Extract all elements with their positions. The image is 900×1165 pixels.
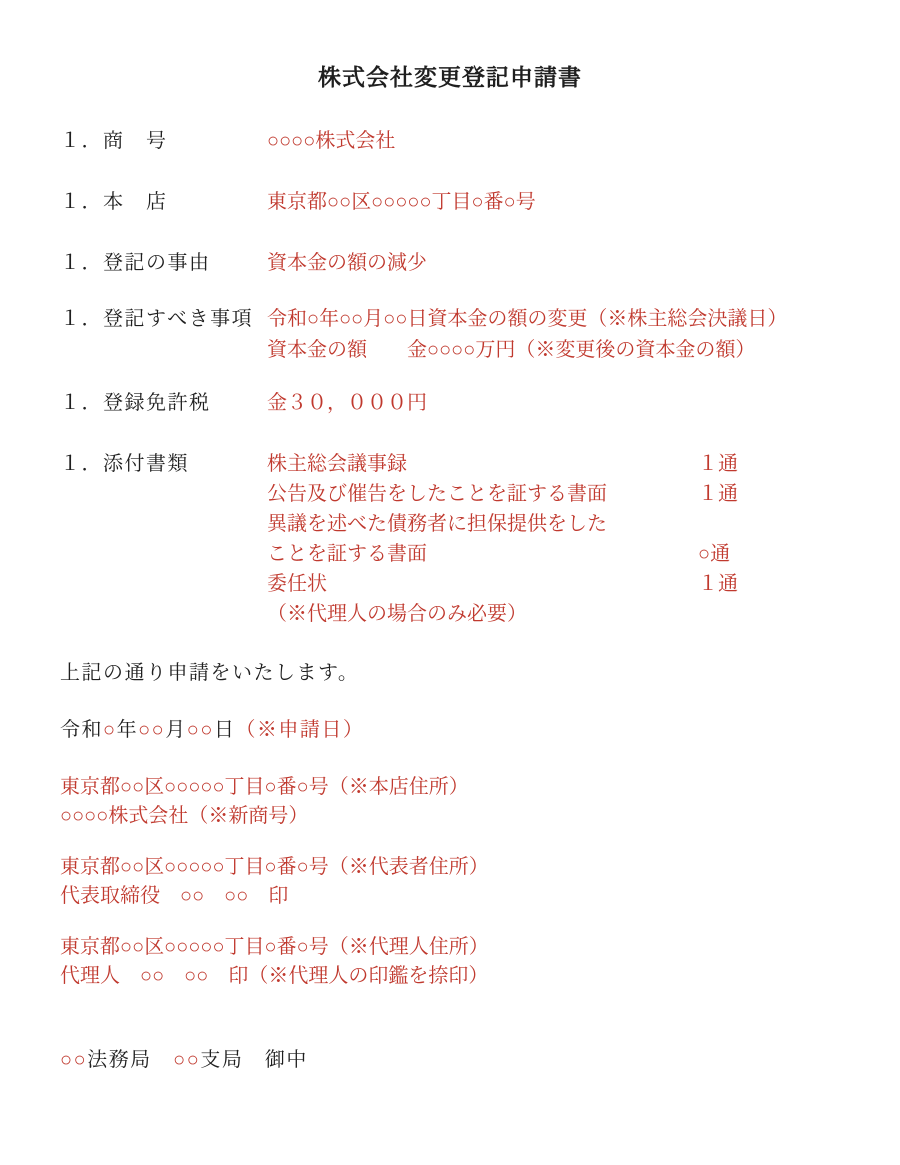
date-month-placeholder: ○○ (138, 719, 165, 741)
field-value: 東京都○○区○○○○○丁目○番○号 (267, 190, 536, 214)
field-row-attachments: １．添付書類 株主総会議事録 １通 公告及び催告をしたことを証する書面 １通 異… (60, 449, 738, 629)
attachment-name: ことを証する書面 (267, 539, 698, 569)
field-row-registration-reason: １．登記の事由 資本金の額の減少 (60, 251, 427, 275)
signature-block-head-office: 東京都○○区○○○○○丁目○番○号（※本店住所） ○○○○株式会社（※新商号） (60, 773, 469, 831)
signature-address-line: 東京都○○区○○○○○丁目○番○号（※本店住所） (60, 773, 469, 802)
date-era: 令和 (60, 719, 103, 741)
field-label: １．商 号 (60, 129, 267, 153)
attachment-item: 異議を述べた債務者に担保提供をした (267, 509, 738, 539)
closing-statement: 上記の通り申請をいたします。 (60, 661, 359, 685)
field-value: ○○○○株式会社 (267, 129, 395, 153)
field-label: １．登記すべき事項 (60, 304, 267, 335)
application-date-line: 令和○年○○月○○日（※申請日） (60, 718, 364, 742)
field-row-head-office: １．本 店 東京都○○区○○○○○丁目○番○号 (60, 190, 536, 214)
attachment-name: （※代理人の場合のみ必要） (267, 599, 698, 629)
field-label: １．登録免許税 (60, 391, 267, 415)
attachment-item: ことを証する書面 ○通 (267, 539, 738, 569)
attachment-item: （※代理人の場合のみ必要） (267, 599, 738, 629)
date-day-suffix: 日 (214, 719, 236, 741)
field-label: １．添付書類 (60, 449, 267, 479)
attachment-name: 委任状 (267, 569, 698, 599)
attachment-name: 異議を述べた債務者に担保提供をした (267, 509, 698, 539)
signature-name-line: 代理人 ○○ ○○ 印（※代理人の印鑑を捺印） (60, 962, 489, 991)
attachment-item: 株主総会議事録 １通 (267, 449, 738, 479)
field-row-registration-tax: １．登録免許税 金３０，０００円 (60, 391, 427, 415)
recipient-office-placeholder: ○○ (60, 1049, 87, 1071)
attachment-item: 公告及び催告をしたことを証する書面 １通 (267, 479, 738, 509)
recipient-office-name: 法務局 (87, 1049, 173, 1071)
date-year-placeholder: ○ (103, 719, 117, 741)
attachment-item: 委任状 １通 (267, 569, 738, 599)
attachment-name: 株主総会議事録 (267, 449, 698, 479)
field-value: 金３０，０００円 (267, 391, 427, 415)
recipient-line: ○○法務局 ○○支局 御中 (60, 1048, 308, 1072)
signature-address-line: 東京都○○区○○○○○丁目○番○号（※代理人住所） (60, 933, 489, 962)
signature-name-line: 代表取締役 ○○ ○○ 印 (60, 882, 489, 911)
attachment-count: １通 (698, 449, 738, 479)
field-value-line: 令和○年○○月○○日資本金の額の変更（※株主総会決議日） (267, 304, 787, 335)
field-value-line: 資本金の額 金○○○○万円（※変更後の資本金の額） (267, 335, 787, 366)
field-value-multiline: 令和○年○○月○○日資本金の額の変更（※株主総会決議日） 資本金の額 金○○○○… (267, 304, 787, 366)
field-row-registration-matters: １．登記すべき事項 令和○年○○月○○日資本金の額の変更（※株主総会決議日） 資… (60, 304, 787, 366)
attachment-name: 公告及び催告をしたことを証する書面 (267, 479, 698, 509)
date-day-placeholder: ○○ (187, 719, 214, 741)
attachment-count: １通 (698, 479, 738, 509)
field-value: 資本金の額の減少 (267, 251, 427, 275)
attachment-list: 株主総会議事録 １通 公告及び催告をしたことを証する書面 １通 異議を述べた債務… (267, 449, 738, 629)
field-label: １．登記の事由 (60, 251, 267, 275)
field-row-trade-name: １．商 号 ○○○○株式会社 (60, 129, 395, 153)
date-note: （※申請日） (235, 719, 364, 741)
document-page: 株式会社変更登記申請書 １．商 号 ○○○○株式会社 １．本 店 東京都○○区○… (0, 0, 900, 1165)
attachment-count: ○通 (698, 539, 730, 569)
signature-address-line: 東京都○○区○○○○○丁目○番○号（※代表者住所） (60, 853, 489, 882)
signature-company-line: ○○○○株式会社（※新商号） (60, 802, 469, 831)
recipient-branch-and-honorific: 支局 御中 (200, 1049, 308, 1071)
recipient-branch-placeholder: ○○ (173, 1049, 200, 1071)
attachment-count: １通 (698, 569, 738, 599)
date-month-suffix: 月 (165, 719, 187, 741)
field-label: １．本 店 (60, 190, 267, 214)
document-title: 株式会社変更登記申請書 (0, 59, 900, 92)
date-year-suffix: 年 (117, 719, 139, 741)
signature-block-agent: 東京都○○区○○○○○丁目○番○号（※代理人住所） 代理人 ○○ ○○ 印（※代… (60, 933, 489, 991)
signature-block-representative: 東京都○○区○○○○○丁目○番○号（※代表者住所） 代表取締役 ○○ ○○ 印 (60, 853, 489, 911)
